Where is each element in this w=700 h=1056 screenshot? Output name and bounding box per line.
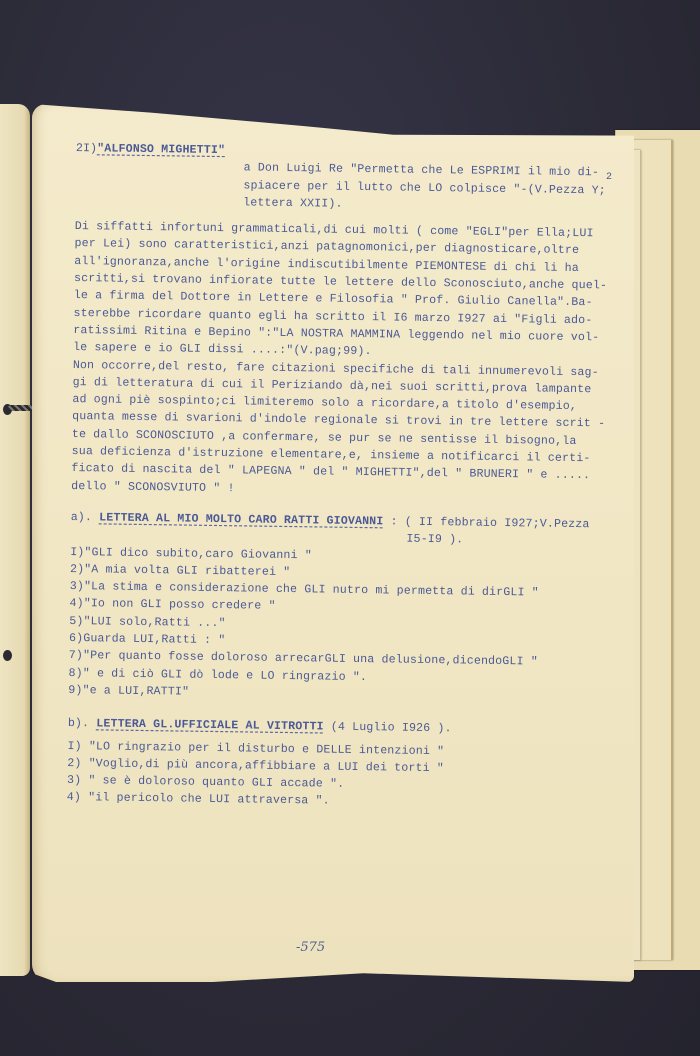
section-label: b).: [68, 717, 90, 730]
page-text: 2I)"ALFONSO MIGHETTI" a Don Luigi Re "Pe…: [67, 140, 636, 814]
item-label: 2I): [76, 142, 98, 155]
section-label: a).: [71, 511, 93, 524]
section-title: LETTERA AL MIO MOLTO CARO RATTI GIOVANNI: [99, 511, 383, 528]
section-a: a). LETTERA AL MIO MOLTO CARO RATTI GIOV…: [68, 509, 631, 707]
body-paragraph: Di siffatti infortuni grammaticali,di cu…: [71, 218, 635, 503]
section-reference: : ( II febbraio I927;V.Pezza: [390, 515, 589, 531]
section-b: b). LETTERA GL.UFFICIALE AL VITROTTI (4 …: [67, 715, 628, 814]
section-reference: (4 Luglio I926 ).: [331, 721, 452, 736]
binding-hole: [3, 650, 12, 661]
page-number: -575: [296, 940, 325, 955]
item-21: 2I)"ALFONSO MIGHETTI" a Don Luigi Re "Pe…: [75, 140, 636, 217]
facing-page-edge: [0, 104, 30, 976]
item-name: "ALFONSO MIGHETTI": [97, 142, 225, 157]
section-title: LETTERA GL.UFFICIALE AL VITROTTI: [96, 718, 324, 734]
